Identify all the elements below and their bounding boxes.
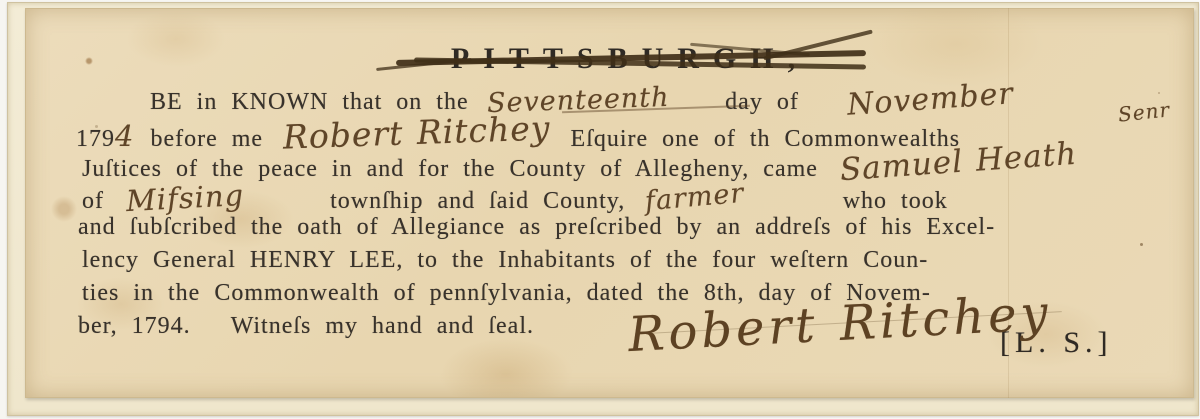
form-line-8: ber, 1794. Witneſs my hand and ſeal. [78,313,534,340]
printed-text: BE in KNOWN that on the [150,89,469,115]
stain-speck [1158,92,1160,94]
printed-text: ber, 1794. [78,313,191,339]
form-line-6: lency General HENRY LEE, to the Inhabita… [82,247,928,274]
printed-text: lency General HENRY LEE, to the Inhabita… [82,247,928,273]
stain-speck [1140,243,1143,246]
printed-text: Witneſs my hand and ſeal. [231,313,534,339]
form-line-5: and ſubſcribed the oath of Allegiance as… [78,214,995,241]
handwritten-occupation: farmer [644,178,746,218]
form-line-4: of Mifsing townſhip and ſaid County, far… [82,181,948,215]
printed-text: and ſubſcribed the oath of Allegiance as… [78,214,995,240]
printed-text: Juſtices of the peace in and for the Cou… [82,156,818,182]
handwritten-township: Mifsing [125,178,245,218]
masthead: PITTSBURGH, [390,42,870,76]
printed-text: of [82,188,104,214]
printed-text: day of [725,89,799,115]
scanned-document: PITTSBURGH, BE in KNOWN that on the Seve… [0,0,1200,419]
printed-text: who took [843,188,948,214]
printed-text: townſhip and ſaid County, [330,188,625,214]
